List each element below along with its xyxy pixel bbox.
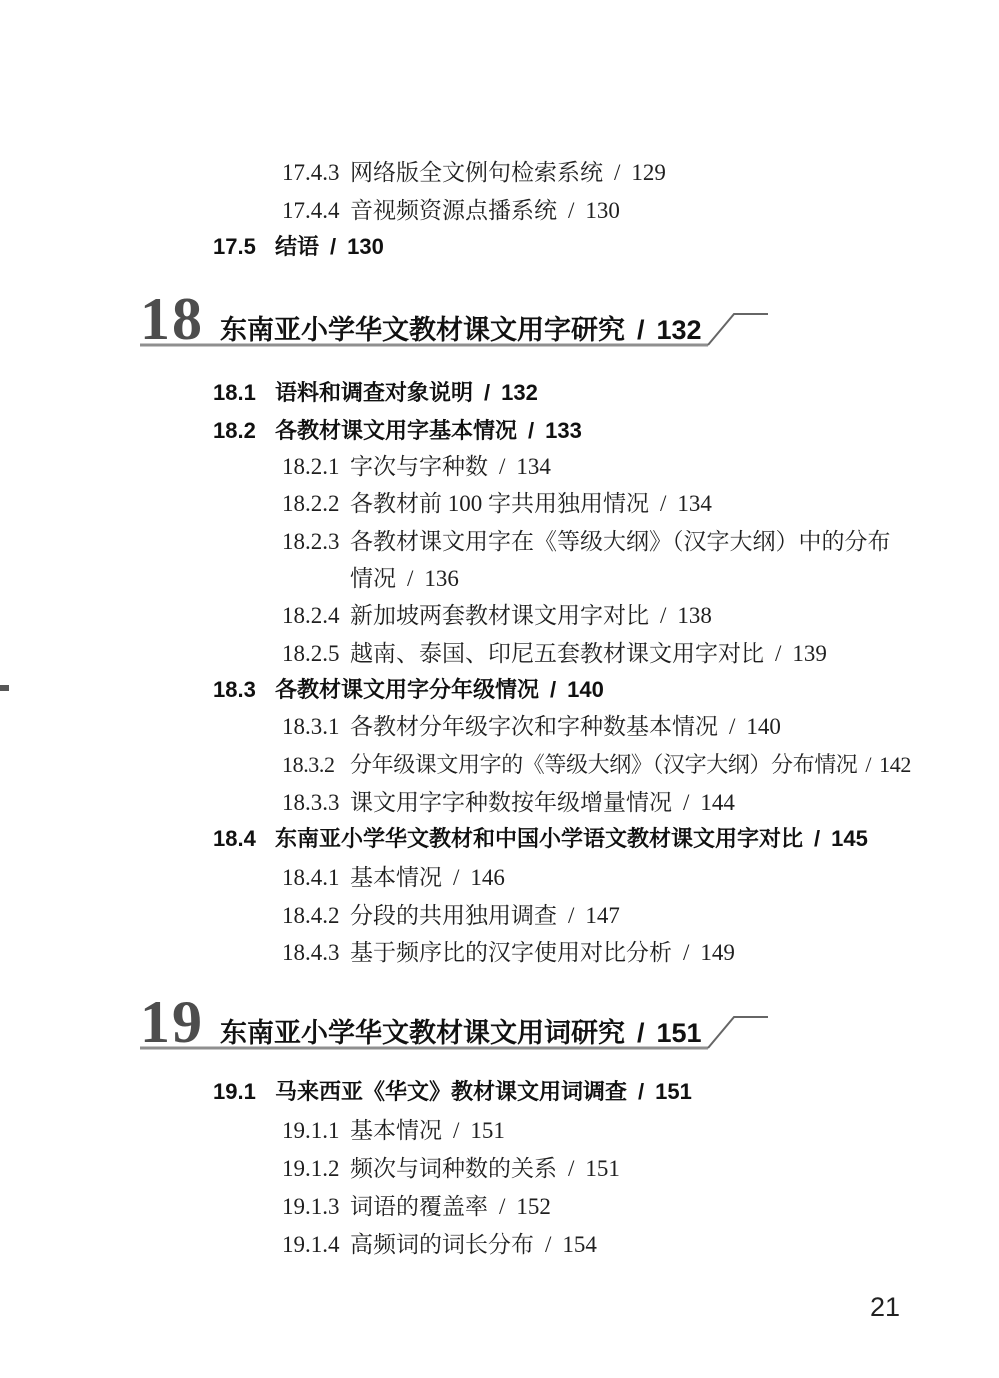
toc-entry: 19.1.4高频词的词长分布/154 — [282, 1230, 597, 1260]
toc-entry-page: 154 — [562, 1232, 597, 1257]
separator-slash: / — [660, 491, 666, 516]
toc-entry: 18.3各教材课文用字分年级情况/140 — [213, 675, 604, 705]
toc-entry-page: 134 — [516, 454, 551, 479]
toc-entry-page: 151 — [655, 1079, 692, 1104]
separator-slash: / — [568, 1156, 574, 1181]
separator-slash: / — [484, 380, 490, 405]
page-number: 21 — [870, 1292, 900, 1323]
toc-entry-title: 音视频资源点播系统 — [350, 198, 557, 223]
toc-entry-title: 频次与词种数的关系 — [350, 1156, 557, 1181]
toc-entry-number: 17.4.4 — [282, 196, 350, 226]
chapter-rule-decoration — [140, 1007, 780, 1051]
toc-entry-number: 18.1 — [213, 378, 275, 408]
toc-entry-page: 144 — [700, 790, 735, 815]
toc-entry: 19.1.3词语的覆盖率/152 — [282, 1192, 551, 1222]
toc-entry-page: 147 — [585, 903, 620, 928]
toc-entry-number: 17.5 — [213, 232, 275, 262]
separator-slash: / — [453, 865, 459, 890]
separator-slash: / — [683, 790, 689, 815]
toc-entry-number: 18.2.3 — [282, 527, 350, 557]
toc-entry-number: 19.1.1 — [282, 1116, 350, 1146]
toc-entry-title: 基于频序比的汉字使用对比分析 — [350, 940, 672, 965]
toc-entry: 18.4.3基于频序比的汉字使用对比分析/149 — [282, 938, 735, 968]
toc-entry-page: 151 — [585, 1156, 620, 1181]
toc-entry-title: 马来西亚《华文》教材课文用词调查 — [275, 1079, 627, 1104]
toc-entry-title: 各教材课文用字在《等级大纲》（汉字大纲）中的分布 — [350, 529, 891, 554]
separator-slash: / — [407, 566, 413, 591]
toc-entry-page: 142 — [879, 752, 911, 777]
toc-entry: 19.1马来西亚《华文》教材课文用词调查/151 — [213, 1077, 692, 1107]
separator-slash: / — [568, 903, 574, 928]
toc-entry-number: 18.4.1 — [282, 863, 350, 893]
toc-entry: 17.4.3网络版全文例句检索系统/129 — [282, 158, 666, 188]
toc-entry-title: 高频词的词长分布 — [350, 1232, 534, 1257]
toc-entry-title: 各教材课文用字分年级情况 — [275, 677, 539, 702]
toc-entry-title: 新加坡两套教材课文用字对比 — [350, 603, 649, 628]
toc-entry-page: 130 — [585, 198, 620, 223]
toc-entry-title: 网络版全文例句检索系统 — [350, 160, 603, 185]
separator-slash: / — [660, 603, 666, 628]
scan-artifact-mark — [0, 685, 9, 691]
toc-entry: 17.4.4音视频资源点播系统/130 — [282, 196, 620, 226]
toc-entry-title: 越南、泰国、印尼五套教材课文用字对比 — [350, 641, 764, 666]
toc-entry-page: 134 — [677, 491, 712, 516]
toc-entry-page: 146 — [470, 865, 505, 890]
toc-entry-title: 各教材前 100 字共用独用情况 — [350, 491, 649, 516]
separator-slash: / — [865, 752, 871, 777]
toc-entry-number: 19.1.4 — [282, 1230, 350, 1260]
toc-entry-number: 19.1 — [213, 1077, 275, 1107]
toc-entry: 19.1.2频次与词种数的关系/151 — [282, 1154, 620, 1184]
toc-entry: 18.3.3课文用字字种数按年级增量情况/144 — [282, 788, 735, 818]
separator-slash: / — [814, 826, 820, 851]
toc-entry-page: 151 — [470, 1118, 505, 1143]
toc-entry-page: 140 — [746, 714, 781, 739]
toc-entry-title: 语料和调查对象说明 — [275, 380, 473, 405]
toc-entry: 18.4.2分段的共用独用调查/147 — [282, 901, 620, 931]
toc-entry: 18.4.1基本情况/146 — [282, 863, 505, 893]
separator-slash: / — [614, 160, 620, 185]
toc-entry-title: 各教材课文用字基本情况 — [275, 418, 517, 443]
toc-entry-number: 17.4.3 — [282, 158, 350, 188]
toc-entry-continuation: 情况/136 — [350, 564, 459, 594]
chapter-rule-decoration — [140, 304, 780, 348]
toc-entry-number: 18.3.2 — [282, 750, 350, 780]
toc-entry: 18.3.1各教材分年级字次和字种数基本情况/140 — [282, 712, 781, 742]
toc-entry: 18.2.2各教材前 100 字共用独用情况/134 — [282, 489, 712, 519]
toc-entry-number: 18.4.2 — [282, 901, 350, 931]
toc-entry-number: 18.2 — [213, 416, 275, 446]
separator-slash: / — [775, 641, 781, 666]
toc-entry: 18.1语料和调查对象说明/132 — [213, 378, 538, 408]
toc-entry: 19.1.1基本情况/151 — [282, 1116, 505, 1146]
toc-entry-number: 18.2.5 — [282, 639, 350, 669]
toc-entry-title: 分段的共用独用调查 — [350, 903, 557, 928]
toc-entry-number: 18.3.3 — [282, 788, 350, 818]
toc-entry-page: 129 — [631, 160, 666, 185]
toc-entry-page: 145 — [831, 826, 868, 851]
separator-slash: / — [683, 940, 689, 965]
separator-slash: / — [638, 1079, 644, 1104]
toc-entry-title: 基本情况 — [350, 1118, 442, 1143]
toc-entry-page: 132 — [501, 380, 538, 405]
toc-entry-number: 18.2.1 — [282, 452, 350, 482]
toc-entry: 18.2.5越南、泰国、印尼五套教材课文用字对比/139 — [282, 639, 827, 669]
toc-entry-page: 136 — [424, 566, 459, 591]
toc-entry-page: 130 — [347, 234, 384, 259]
toc-entry-page: 152 — [516, 1194, 551, 1219]
toc-entry-page: 149 — [700, 940, 735, 965]
toc-entry: 18.2.1字次与字种数/134 — [282, 452, 551, 482]
toc-entry-title: 基本情况 — [350, 865, 442, 890]
toc-entry: 18.2各教材课文用字基本情况/133 — [213, 416, 582, 446]
toc-entry: 18.4东南亚小学华文教材和中国小学语文教材课文用字对比/145 — [213, 824, 868, 854]
toc-entry: 18.2.4新加坡两套教材课文用字对比/138 — [282, 601, 712, 631]
toc-entry-number: 18.3 — [213, 675, 275, 705]
toc-page: 17.4.3网络版全文例句检索系统/129 17.4.4音视频资源点播系统/13… — [0, 0, 999, 1378]
toc-entry-page: 140 — [567, 677, 604, 702]
toc-entry-page: 138 — [677, 603, 712, 628]
separator-slash: / — [729, 714, 735, 739]
toc-entry-title: 情况 — [350, 566, 396, 591]
toc-entry-title: 分年级课文用字的《等级大纲》（汉字大纲）分布情况 — [350, 752, 857, 777]
toc-entry-title: 结语 — [275, 234, 319, 259]
separator-slash: / — [453, 1118, 459, 1143]
separator-slash: / — [330, 234, 336, 259]
toc-entry-number: 18.4 — [213, 824, 275, 854]
toc-entry-title: 各教材分年级字次和字种数基本情况 — [350, 714, 718, 739]
toc-entry-number: 18.2.2 — [282, 489, 350, 519]
toc-entry-number: 18.3.1 — [282, 712, 350, 742]
toc-entry-title: 东南亚小学华文教材和中国小学语文教材课文用字对比 — [275, 826, 803, 851]
separator-slash: / — [545, 1232, 551, 1257]
separator-slash: / — [528, 418, 534, 443]
toc-entry: 18.3.2分年级课文用字的《等级大纲》（汉字大纲）分布情况/142 — [282, 750, 911, 780]
toc-entry-title: 词语的覆盖率 — [350, 1194, 488, 1219]
toc-entry: 18.2.3各教材课文用字在《等级大纲》（汉字大纲）中的分布 — [282, 527, 891, 557]
toc-entry-number: 18.4.3 — [282, 938, 350, 968]
separator-slash: / — [499, 454, 505, 479]
separator-slash: / — [550, 677, 556, 702]
toc-entry-title: 课文用字字种数按年级增量情况 — [350, 790, 672, 815]
toc-entry-page: 133 — [545, 418, 582, 443]
separator-slash: / — [568, 198, 574, 223]
separator-slash: / — [499, 1194, 505, 1219]
toc-entry-title: 字次与字种数 — [350, 454, 488, 479]
toc-entry-number: 19.1.2 — [282, 1154, 350, 1184]
toc-entry-number: 19.1.3 — [282, 1192, 350, 1222]
toc-entry-number: 18.2.4 — [282, 601, 350, 631]
toc-entry-page: 139 — [792, 641, 827, 666]
toc-entry: 17.5结语/130 — [213, 232, 384, 262]
